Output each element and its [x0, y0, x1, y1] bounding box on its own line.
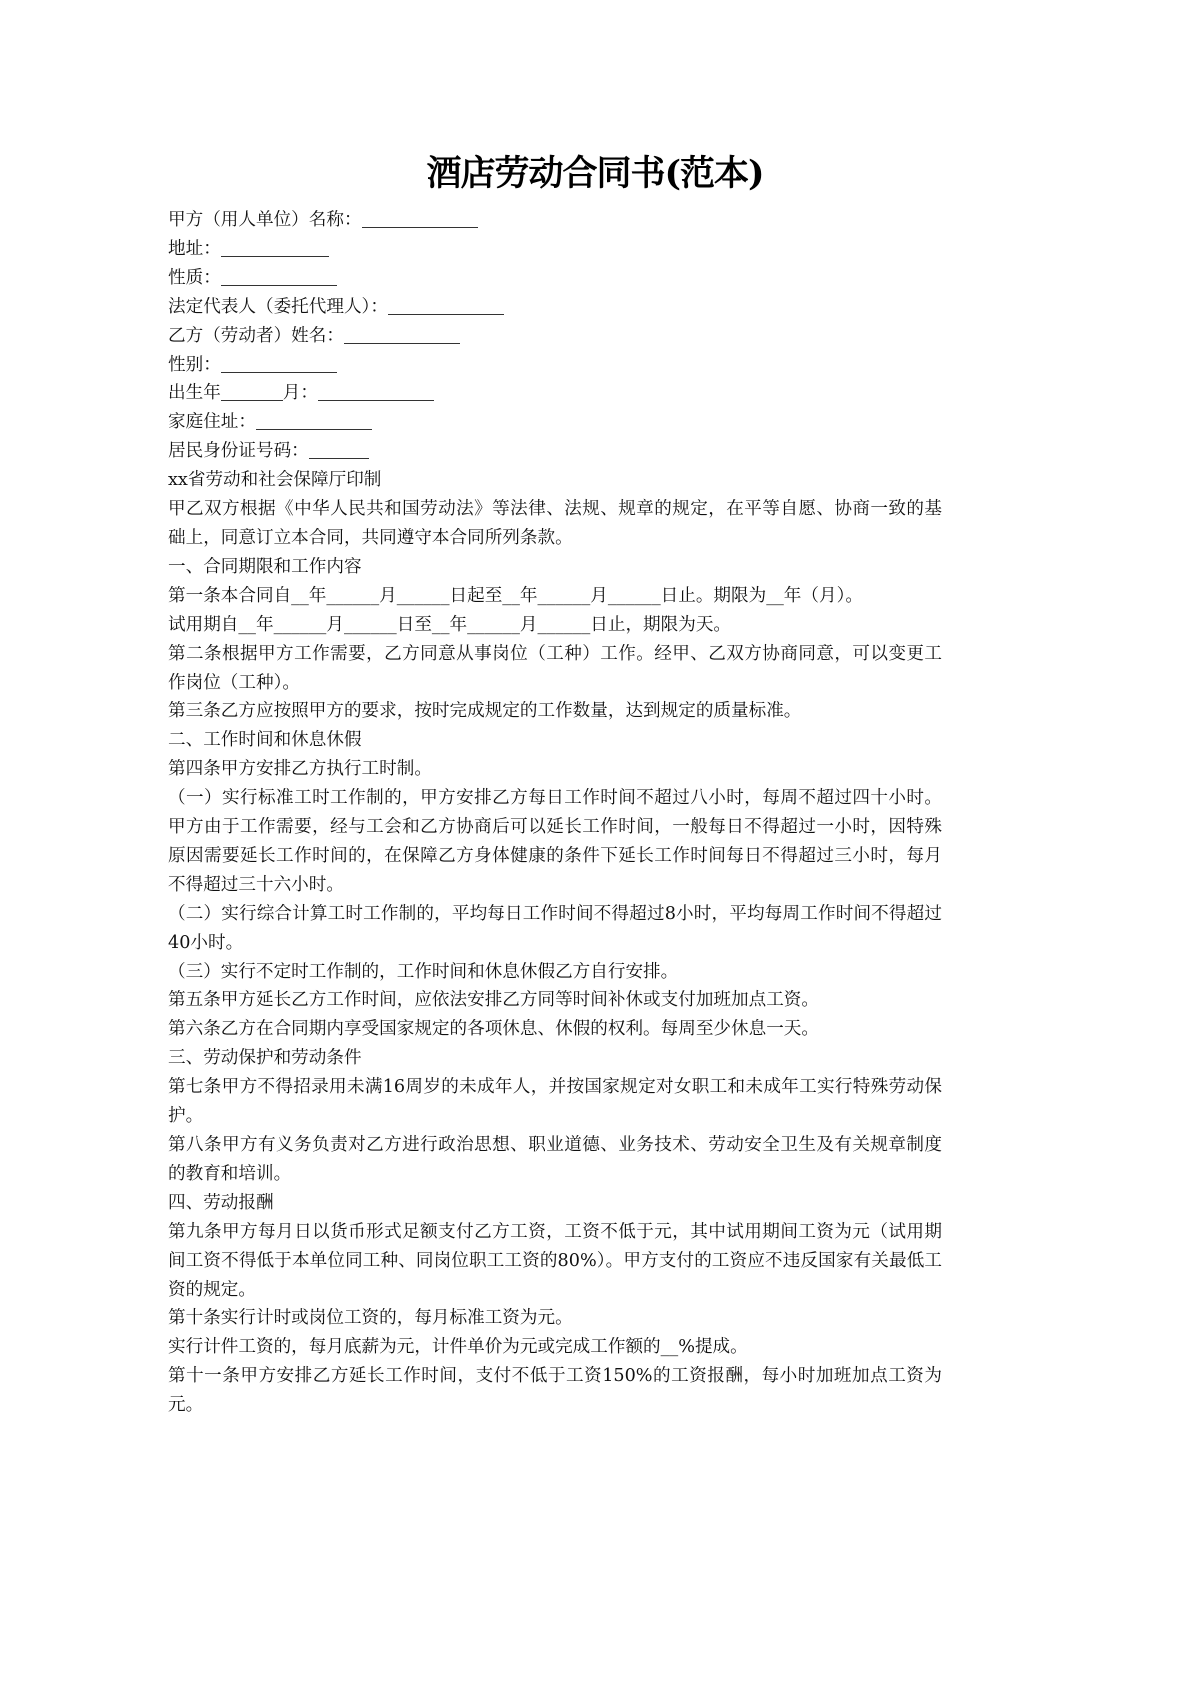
field-nature: 性质：	[168, 264, 942, 293]
piecework-wage: 实行计件工资的，每月底薪为元，计件单价为元或完成工作额的__%提成。	[168, 1333, 942, 1362]
id-number-blank[interactable]	[309, 440, 369, 459]
field-label: 甲方（用人单位）名称：	[168, 210, 362, 230]
gender-blank[interactable]	[221, 354, 337, 373]
field-address: 地址：	[168, 235, 942, 264]
field-employer-name: 甲方（用人单位）名称：	[168, 206, 942, 235]
field-label: 性质：	[168, 268, 221, 288]
clause-8: 第八条甲方有义务负责对乙方进行政治思想、职业道德、业务技术、劳动安全卫生及有关规…	[168, 1131, 942, 1189]
field-label: 法定代表人（委托代理人）：	[168, 297, 388, 317]
field-gender: 性别：	[168, 351, 942, 380]
section-heading: 三、劳动保护和劳动条件	[168, 1044, 942, 1073]
clause-1: 第一条本合同自__年______月______日起至__年______月____…	[168, 582, 942, 611]
field-label: 家庭住址：	[168, 412, 256, 432]
clause-4: 第四条甲方安排乙方执行工时制。	[168, 755, 942, 784]
employer-name-blank[interactable]	[362, 209, 478, 228]
clause-2: 第二条根据甲方工作需要，乙方同意从事岗位（工种）工作。经甲、乙双方协商同意，可以…	[168, 640, 942, 698]
clause-4-item-2: （二）实行综合计算工时工作制的，平均每日工作时间不得超过8小时，平均每周工作时间…	[168, 900, 942, 958]
legal-rep-blank[interactable]	[388, 296, 504, 315]
clause-9: 第九条甲方每月日以货币形式足额支付乙方工资，工资不低于元，其中试用期间工资为元（…	[168, 1218, 942, 1305]
field-label: 出生年	[168, 383, 221, 403]
field-label: 性别：	[168, 355, 221, 375]
field-label: 居民身份证号码：	[168, 441, 309, 461]
clause-6: 第六条乙方在合同期内享受国家规定的各项休息、休假的权利。每周至少休息一天。	[168, 1015, 942, 1044]
home-address-blank[interactable]	[256, 411, 372, 430]
field-employee-name: 乙方（劳动者）姓名：	[168, 322, 942, 351]
clause-5: 第五条甲方延长乙方工作时间，应依法安排乙方同等时间补休或支付加班加点工资。	[168, 986, 942, 1015]
field-label-month: 月：	[283, 383, 318, 403]
section-heading: 二、工作时间和休息休假	[168, 726, 942, 755]
field-home-address: 家庭住址：	[168, 408, 942, 437]
document-page: 酒店劳动合同书(范本) 甲方（用人单位）名称： 地址： 性质： 法定代表人（委托…	[0, 0, 1190, 1683]
clause-3: 第三条乙方应按照甲方的要求，按时完成规定的工作数量，达到规定的质量标准。	[168, 697, 942, 726]
field-legal-rep: 法定代表人（委托代理人）：	[168, 293, 942, 322]
birth-year-blank[interactable]	[221, 382, 283, 401]
section-heading: 一、合同期限和工作内容	[168, 553, 942, 582]
clause-4-item-1: （一）实行标准工时工作制的，甲方安排乙方每日工作时间不超过八小时，每周不超过四十…	[168, 784, 942, 900]
clause-11: 第十一条甲方安排乙方延长工作时间，支付不低于工资150%的工资报酬，每小时加班加…	[168, 1362, 942, 1420]
document-title: 酒店劳动合同书(范本)	[0, 150, 1190, 198]
probation-period: 试用期自__年______月______日至__年______月______日止…	[168, 611, 942, 640]
field-label: 地址：	[168, 239, 221, 259]
document-body: 甲方（用人单位）名称： 地址： 性质： 法定代表人（委托代理人）： 乙方（劳动者…	[168, 206, 942, 1420]
preamble: 甲乙双方根据《中华人民共和国劳动法》等法律、法规、规章的规定，在平等自愿、协商一…	[168, 495, 942, 553]
birth-month-blank[interactable]	[318, 382, 434, 401]
field-birth: 出生年月：	[168, 379, 942, 408]
field-id-number: 居民身份证号码：	[168, 437, 942, 466]
nature-blank[interactable]	[221, 267, 337, 286]
employee-name-blank[interactable]	[344, 325, 460, 344]
clause-10: 第十条实行计时或岗位工资的，每月标准工资为元。	[168, 1304, 942, 1333]
clause-7: 第七条甲方不得招录用未满16周岁的未成年人，并按国家规定对女职工和未成年工实行特…	[168, 1073, 942, 1131]
address-blank[interactable]	[221, 238, 329, 257]
printer-line: xx省劳动和社会保障厅印制	[168, 466, 942, 495]
section-heading: 四、劳动报酬	[168, 1189, 942, 1218]
clause-4-item-3: （三）实行不定时工作制的，工作时间和休息休假乙方自行安排。	[168, 958, 942, 987]
field-label: 乙方（劳动者）姓名：	[168, 326, 344, 346]
